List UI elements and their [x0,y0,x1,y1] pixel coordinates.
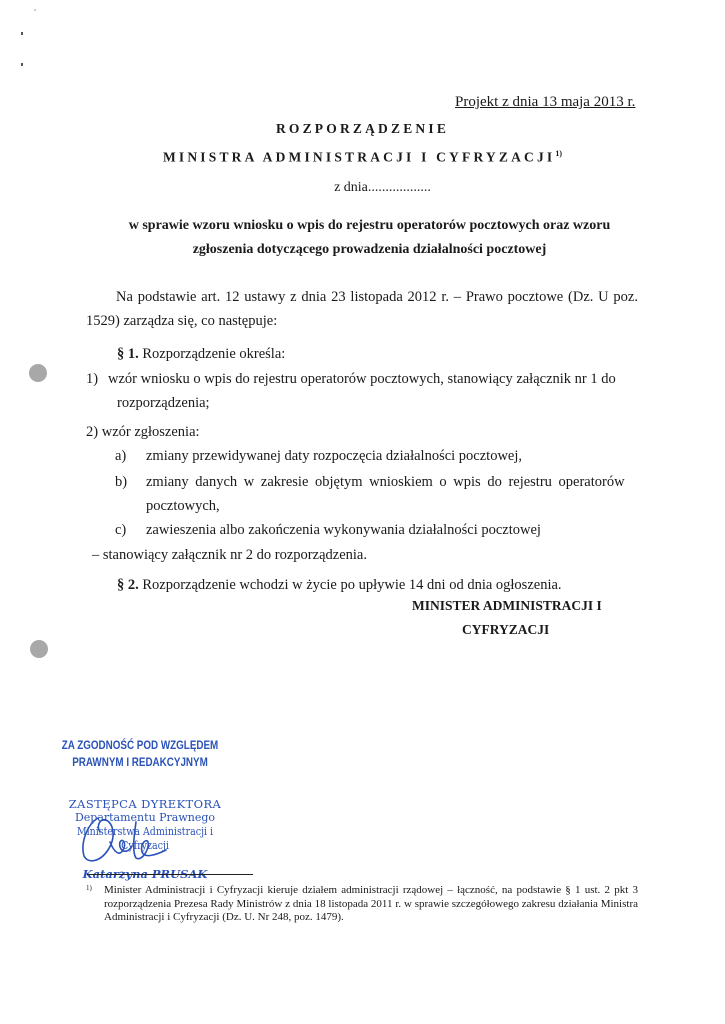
handwritten-signature [70,812,180,867]
preamble: Na podstawie art. 12 ustawy z dnia 23 li… [86,285,638,333]
subject-line: w sprawie wzoru wniosku o wpis do rejest… [14,214,725,238]
section-label: § 1. [117,346,139,362]
issuer-text: MINISTRA ADMINISTRACJI I CYFRYZACJI [163,150,555,165]
item-number: 1) [86,367,98,391]
document-issuer: MINISTRA ADMINISTRACJI I CYFRYZACJI1) [0,149,725,166]
footnote-mark: 1) [86,882,92,896]
sub-item-text: zmiany przewidywanej daty rozpoczęcia dz… [146,444,522,468]
subject-line: zgłoszenia dotyczącego prowadzenia dział… [14,238,725,262]
scan-speck [21,32,23,35]
section-text: Rozporządzenie wchodzi w życie po upływi… [142,577,561,593]
sub-item-letter: c) [115,518,126,542]
sub-item-text: zmiany danych w zakresie objętym wnioski… [146,470,635,494]
signatory-line: CYFRYZACJI [462,622,549,638]
date-line: z dnia.................. [0,180,725,196]
punch-hole [30,640,48,658]
sub-item-letter: b) [115,470,127,494]
signatory-line: MINISTER ADMINISTRACJI I [412,598,602,614]
stamp-line: ZASTĘPCA DYREKTORA [40,797,250,811]
compliance-stamp: ZA ZGODNOŚĆ POD WZGLĘDEM PRAWNYM I REDAK… [58,737,222,771]
item-continuation: rozporządzenia; [117,391,210,415]
sub-item-letter: a) [115,444,126,468]
section-2: § 2. Rozporządzenie wchodzi w życie po u… [117,573,562,597]
footnote-reference: 1) [555,149,562,158]
item-number: 2) [86,424,98,440]
list-tail: – stanowiący załącznik nr 2 do rozporząd… [92,543,367,567]
section-label: § 2. [117,577,139,593]
sub-item-continuation: pocztowych, [146,494,220,518]
scan-speck [21,63,23,66]
sub-item-text: zawieszenia albo zakończenia wykonywania… [146,518,541,542]
footnote-divider [87,874,253,875]
list-item: 2) wzór zgłoszenia: [86,420,200,444]
footnote-text: Minister Administracji i Cyfryzacji kier… [104,884,638,925]
scan-speck [34,9,36,11]
section-1: § 1. Rozporządzenie określa: [117,342,285,366]
stamp-line: PRAWNYM I REDAKCYJNYM [58,754,222,771]
project-date: Projekt z dnia 13 maja 2013 r. [455,94,635,111]
subject: w sprawie wzoru wniosku o wpis do rejest… [0,214,725,262]
stamp-line: ZA ZGODNOŚĆ POD WZGLĘDEM [58,737,222,754]
section-text: Rozporządzenie określa: [142,346,285,362]
item-text: wzór zgłoszenia: [102,424,200,440]
punch-hole [29,364,47,382]
document-title: ROZPORZĄDZENIE [0,121,725,137]
item-text: wzór wniosku o wpis do rejestru operator… [108,367,638,391]
